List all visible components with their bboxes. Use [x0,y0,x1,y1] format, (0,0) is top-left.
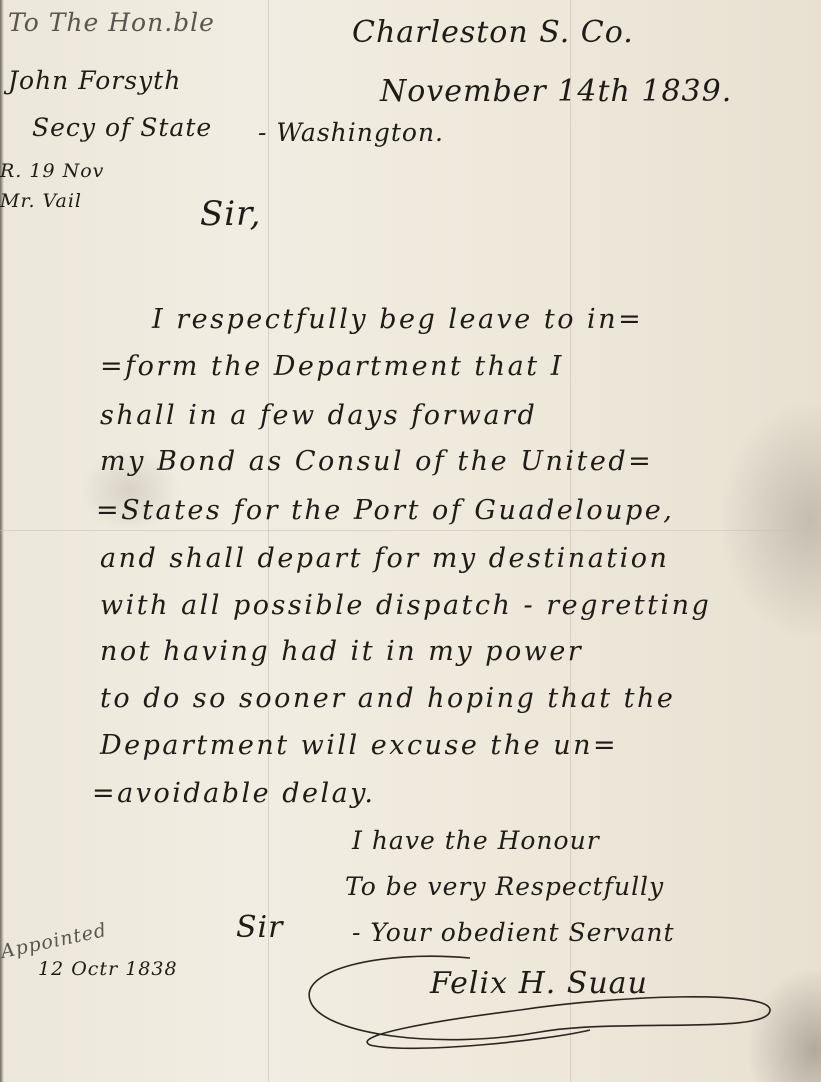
body-line-10: Department will excuse the un= [100,730,618,761]
letter-date: November 14th 1839. [380,74,732,109]
addressee-city: - Washington. [258,118,444,147]
body-line-11: =avoidable delay. [92,778,375,809]
body-line-9: to do so sooner and hoping that the [100,683,675,714]
addressee-name: John Forsyth [8,66,181,95]
body-line-2: =form the Department that I [100,351,564,382]
body-line-7: with all possible dispatch - regretting [100,590,711,621]
appointed-note: Appointed [0,919,109,963]
addressee-line-1: To The Hon.ble [8,8,215,37]
body-line-4: my Bond as Consul of the United= [100,446,653,477]
addressee-title: Secy of State [32,113,212,142]
letter-place: Charleston S. Co. [352,15,634,50]
closing-line-2: To be very Respectfully [345,872,664,901]
received-note: R. 19 Nov [0,160,104,182]
body-line-3: shall in a few days forward [100,400,537,431]
appointed-date: 12 Octr 1838 [38,958,178,980]
closing-line-1: I have the Honour [352,826,600,855]
received-note-clerk: Mr. Vail [0,190,82,212]
body-line-5: =States for the Port of Guadeloupe, [96,495,674,526]
body-line-1: I respectfully beg leave to in= [152,304,643,335]
closing-sir: Sir [236,910,284,945]
fold-line [0,530,821,531]
body-line-8: not having had it in my power [100,636,583,667]
letter-page: To The Hon.ble John Forsyth Secy of Stat… [0,0,821,1082]
signature-flourish-icon [290,940,790,1050]
body-line-6: and shall depart for my destination [100,543,669,574]
salutation: Sir, [200,194,262,234]
